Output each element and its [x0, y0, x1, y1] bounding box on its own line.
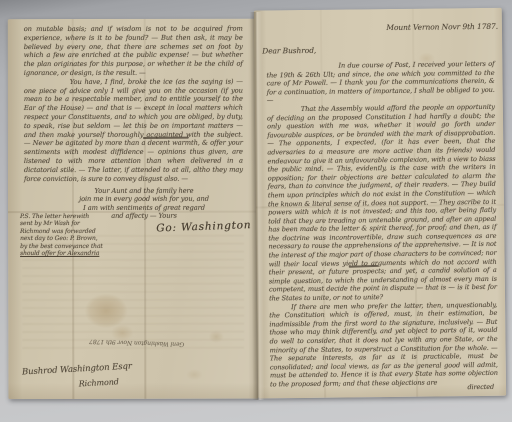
letter-body: In due course of Post, I received your l…	[266, 60, 498, 389]
postscript: P.S. The letter herewithsent by Mr Wash …	[20, 213, 160, 258]
handwritten-line: Richmond	[79, 373, 193, 388]
letter-paragraph: That the Assembly would afford the peopl…	[267, 103, 497, 303]
letter-paragraph: You have, I find, broke the ice (as the …	[24, 77, 243, 183]
signature: Go: Washington	[156, 219, 256, 235]
letter-paragraph: If there are men who prefer the latter, …	[269, 300, 498, 389]
letter-page-right: Mount Vernon Novr 9th 1787. Dear Bushrod…	[254, 8, 506, 399]
left-page-text: on mutable basis; and if wisdom is not t…	[24, 25, 243, 184]
photo-background: on mutable basis; and if wisdom is not t…	[0, 0, 512, 422]
dateline: Mount Vernon Novr 9th 1787.	[330, 22, 498, 33]
letter-spread: on mutable basis; and if wisdom is not t…	[3, 8, 508, 403]
handwritten-line: should offer for Alexandria	[20, 250, 160, 258]
catchword: directed	[467, 383, 494, 391]
letter-page-left: on mutable basis; and if wisdom is not t…	[8, 19, 259, 399]
handwritten-line: join me in every good wish for you, and	[54, 195, 234, 204]
address-block: Bushrod Washington EsqrRichmond	[22, 358, 193, 391]
salutation: Dear Bushrod,	[262, 46, 316, 56]
letter-paragraph: In due course of Post, I received your l…	[266, 60, 494, 106]
letter-paragraph: on mutable basis; and if wisdom is not t…	[24, 25, 243, 78]
